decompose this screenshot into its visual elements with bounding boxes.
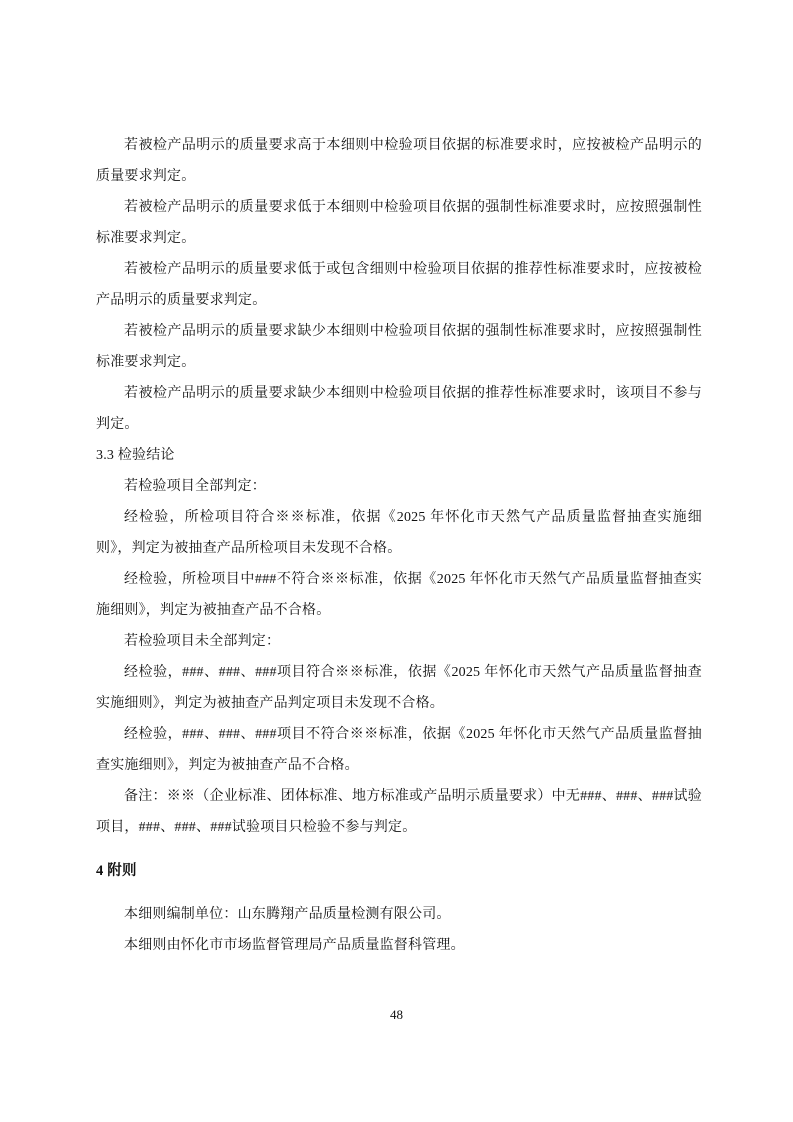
paragraph-conclusion-fail-partial: 经检验，###、###、###项目不符合※※标准，依据《2025 年怀化市天然气… xyxy=(96,719,702,781)
document-body: 若被检产品明示的质量要求高于本细则中检验项目依据的标准要求时，应按被检产品明示的… xyxy=(96,130,702,961)
paragraph-quality-missing-mandatory: 若被检产品明示的质量要求缺少本细则中检验项目依据的强制性标准要求时，应按照强制性… xyxy=(96,316,702,378)
paragraph-conclusion-pass-partial: 经检验，###、###、###项目符合※※标准，依据《2025 年怀化市天然气产… xyxy=(96,657,702,719)
paragraph-remark: 备注：※※（企业标准、团体标准、地方标准或产品明示质量要求）中无###、###、… xyxy=(96,781,702,843)
paragraph-compiling-unit: 本细则编制单位：山东腾翔产品质量检测有限公司。 xyxy=(96,899,702,930)
paragraph-quality-lower-than-mandatory: 若被检产品明示的质量要求低于本细则中检验项目依据的强制性标准要求时，应按照强制性… xyxy=(96,192,702,254)
paragraph-quality-missing-recommended: 若被检产品明示的质量要求缺少本细则中检验项目依据的推荐性标准要求时，该项目不参与… xyxy=(96,378,702,440)
paragraph-quality-lower-than-recommended: 若被检产品明示的质量要求低于或包含细则中检验项目依据的推荐性标准要求时，应按被检… xyxy=(96,254,702,316)
paragraph-conclusion-fail-all: 经检验，所检项目中###不符合※※标准，依据《2025 年怀化市天然气产品质量监… xyxy=(96,564,702,626)
paragraph-not-all-items-judged: 若检验项目未全部判定： xyxy=(96,626,702,657)
document-page: 若被检产品明示的质量要求高于本细则中检验项目依据的标准要求时，应按被检产品明示的… xyxy=(0,0,793,1122)
paragraph-managing-department: 本细则由怀化市市场监督管理局产品质量监督科管理。 xyxy=(96,930,702,961)
page-number: 48 xyxy=(0,1007,793,1023)
paragraph-conclusion-pass-all: 经检验，所检项目符合※※标准，依据《2025 年怀化市天然气产品质量监督抽查实施… xyxy=(96,502,702,564)
section-heading-3-3-inspection-conclusion: 3.3 检验结论 xyxy=(96,440,702,471)
paragraph-quality-higher-than-standard: 若被检产品明示的质量要求高于本细则中检验项目依据的标准要求时，应按被检产品明示的… xyxy=(96,130,702,192)
section-heading-4-supplementary: 4 附则 xyxy=(96,856,702,887)
paragraph-all-items-judged: 若检验项目全部判定： xyxy=(96,471,702,502)
